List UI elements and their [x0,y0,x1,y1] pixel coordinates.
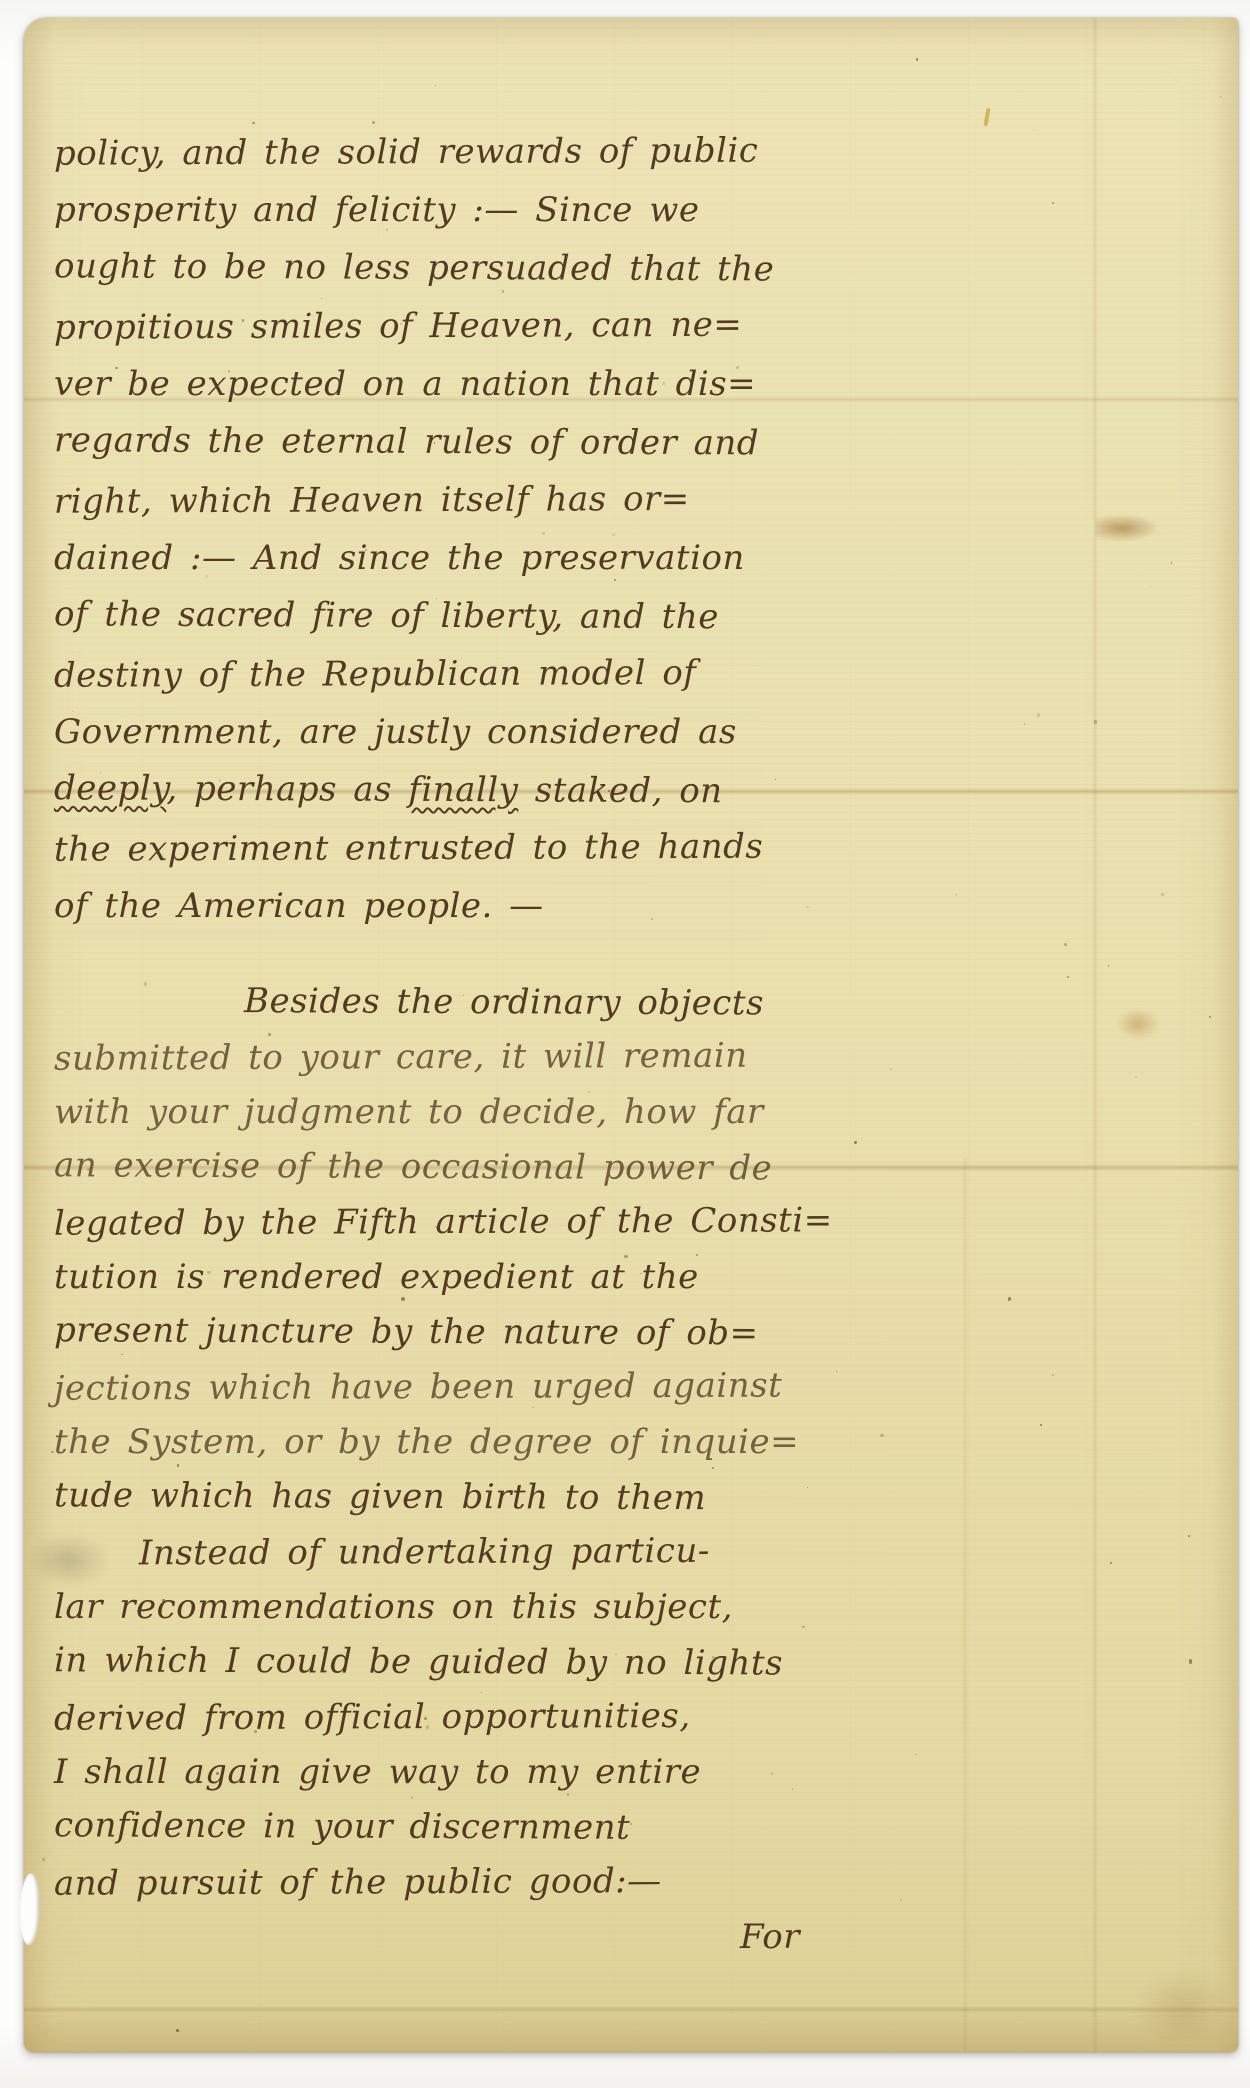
paper-speck [1161,893,1164,896]
paper-speck [42,1858,45,1861]
scan-background: policy, and the solid rewards of publicp… [0,0,1250,2088]
paper-speck [916,58,918,60]
manuscript-text: policy, and the solid rewards of publicp… [54,132,842,1972]
underlined-word: finally [408,770,518,810]
manuscript-line: Besides the ordinary objects [54,980,842,1038]
stain-right-middle [1116,1008,1160,1040]
fiber-speck [983,108,990,126]
manuscript-page: policy, and the solid rewards of publicp… [24,18,1238,2052]
paper-speck [1188,1535,1190,1537]
paper-speck [372,121,375,125]
manuscript-line: prosperity and felicity :— Since we [54,190,842,248]
paper-speck [1037,713,1041,717]
paper-speck [854,1141,857,1144]
manuscript-line: an exercise of the occasional power de [54,1145,842,1203]
shade-bottom-right-corner [1134,1968,1234,2048]
paper-speck [880,1434,884,1437]
manuscript-line: For [54,1917,842,1972]
manuscript-line: with your judgment to decide, how far [54,1092,842,1147]
manuscript-line: and pursuit of the public good:— [54,1860,842,1918]
manuscript-line: the System, or by the degree of inquie= [54,1422,842,1477]
manuscript-line: dained :— And since the preservation [54,538,842,596]
manuscript-line: tude which has given birth to them [54,1475,842,1533]
manuscript-line: policy, and the solid rewards of public [54,130,842,191]
manuscript-line: submitted to your care, it will remain [54,1035,842,1093]
manuscript-line: in which I could be guided by no lights [54,1640,842,1698]
manuscript-line: regards the eternal rules of order and [54,420,842,481]
paper-speck [956,894,957,895]
manuscript-line: ought to be no less persuaded that the [54,246,842,307]
paper-speck [900,1899,901,1900]
paper-speck [915,1754,917,1755]
paper-speck [176,2029,178,2032]
paper-speck [1067,976,1069,978]
manuscript-line: propitious smiles of Heaven, can ne= [54,304,842,365]
manuscript-line: deeply, perhaps as finally staked, on [54,768,842,829]
manuscript-line: Instead of undertaking particu- [54,1530,842,1588]
manuscript-line: legated by the Fifth article of the Cons… [54,1200,842,1258]
manuscript-line: right, which Heaven itself has or= [54,478,842,539]
manuscript-line: lar recommendations on this subject, [54,1587,842,1642]
manuscript-line: of the American people. — [54,886,842,944]
paper-speck [1209,1016,1211,1018]
paper-speck [1150,586,1151,587]
manuscript-line: derived from official opportunities, [54,1695,842,1753]
paper-speck [1108,965,1110,967]
paper-speck [1110,1562,1113,1564]
paper-speck [1171,562,1173,564]
paper-speck [1052,1374,1055,1376]
paper-speck [1094,720,1097,723]
manuscript-line: I shall again give way to my entire [54,1752,842,1807]
paper-speck [1064,943,1067,946]
paper-speck [1135,1076,1137,1078]
paper-speck [1033,129,1034,130]
paper-chip-left-edge [20,1873,40,1945]
paper-speck [890,1068,892,1070]
manuscript-line: ver be expected on a nation that dis= [54,364,842,422]
paper-speck [252,122,255,125]
paper-speck [435,85,437,87]
manuscript-line: confidence in your discernment [54,1805,842,1863]
manuscript-line: present juncture by the nature of ob= [54,1310,842,1368]
paper-speck [1220,96,1221,97]
paper-speck [1189,1659,1193,1664]
paper-speck [1040,1424,1042,1426]
fold-crease-vertical-2 [962,1158,968,2052]
manuscript-line: destiny of the Republican model of [54,652,842,713]
manuscript-line: tution is rendered expedient at the [54,1257,842,1312]
paper-speck [1052,202,1054,204]
manuscript-line: of the sacred fire of liberty, and the [54,594,842,655]
underlined-word: deeply [54,768,167,808]
manuscript-line: the experiment entrusted to the hands [54,826,842,887]
fold-crease-vertical-1 [1092,18,1098,2052]
paper-speck [1024,723,1025,725]
paper-speck [1008,1297,1011,1301]
manuscript-line: Government, are justly considered as [54,712,842,770]
manuscript-line: jections which have been urged against [54,1365,842,1423]
stain-right-upper [1096,514,1160,542]
fold-crease-horizontal-4 [24,2006,1238,2013]
